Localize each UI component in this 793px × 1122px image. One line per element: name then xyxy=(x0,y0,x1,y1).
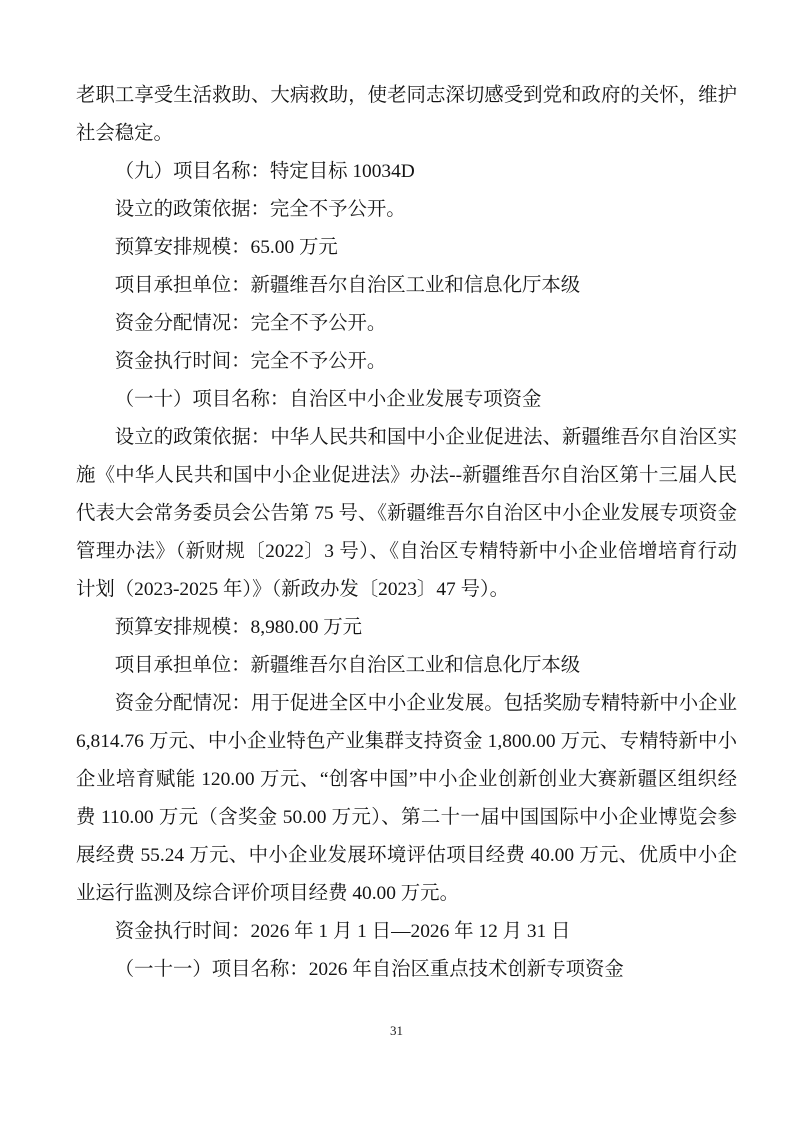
para-continuation: 老职工享受生活救助、大病救助，使老同志深切感受到党和政府的关怀，维护社会稳定。 xyxy=(76,77,737,153)
document-body: 老职工享受生活救助、大病救助，使老同志深切感受到党和政府的关怀，维护社会稳定。 … xyxy=(76,77,737,989)
para-project-10-fund-allocation: 资金分配情况：用于促进全区中小企业发展。包括奖励专精特新中小企业 6,814.7… xyxy=(76,685,737,913)
para-project-9-undertaker: 项目承担单位：新疆维吾尔自治区工业和信息化厅本级 xyxy=(76,267,737,305)
para-project-10-name: （一十）项目名称：自治区中小企业发展专项资金 xyxy=(76,381,737,419)
para-project-10-undertaker: 项目承担单位：新疆维吾尔自治区工业和信息化厅本级 xyxy=(76,647,737,685)
para-project-9-policy-basis: 设立的政策依据：完全不予公开。 xyxy=(76,191,737,229)
para-project-9-name: （九）项目名称：特定目标 10034D xyxy=(76,153,737,191)
page-footer: 31 xyxy=(0,1022,793,1040)
para-project-9-execution-time: 资金执行时间：完全不予公开。 xyxy=(76,343,737,381)
para-project-10-execution-time: 资金执行时间：2026 年 1 月 1 日—2026 年 12 月 31 日 xyxy=(76,913,737,951)
para-project-10-policy-basis: 设立的政策依据：中华人民共和国中小企业促进法、新疆维吾尔自治区实施《中华人民共和… xyxy=(76,419,737,609)
para-project-9-fund-allocation: 资金分配情况：完全不予公开。 xyxy=(76,305,737,343)
para-project-10-budget: 预算安排规模：8,980.00 万元 xyxy=(76,609,737,647)
para-project-9-budget: 预算安排规模：65.00 万元 xyxy=(76,229,737,267)
page-number: 31 xyxy=(390,1023,403,1038)
para-project-11-name: （一十一）项目名称：2026 年自治区重点技术创新专项资金 xyxy=(76,951,737,989)
document-page: 老职工享受生活救助、大病救助，使老同志深切感受到党和政府的关怀，维护社会稳定。 … xyxy=(0,0,793,1122)
